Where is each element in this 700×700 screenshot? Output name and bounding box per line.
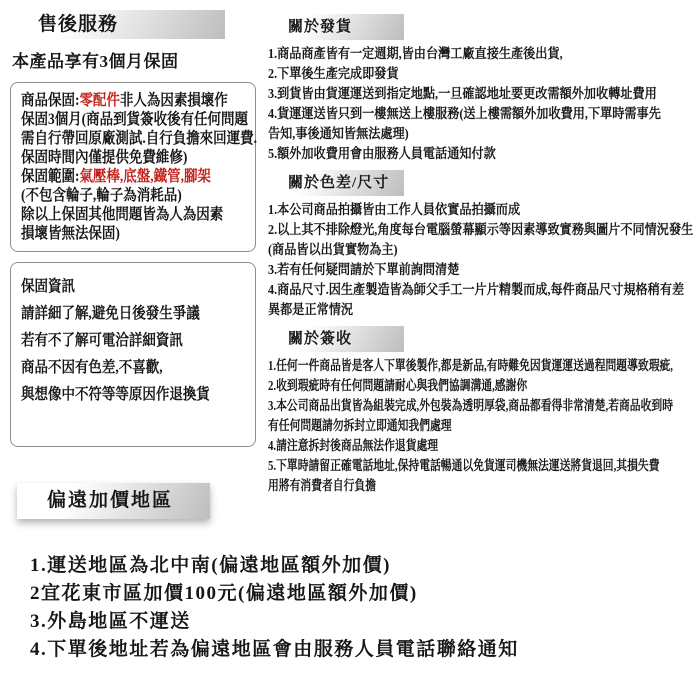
warranty-line1-red-parts: 零配件 (79, 92, 119, 109)
text-line: 請詳細了解,避免日後發生爭議 (21, 300, 216, 327)
text-line: 2宜花東市區加價100元(偏遠地區額外加價) (30, 580, 519, 608)
text-line: (不包含輪子,輪子為消耗品) (21, 186, 216, 205)
warranty-tail-lines: (不包含輪子,輪子為消耗品)除以上保固其他問題皆為人為因素損壞皆無法保固) (21, 186, 245, 243)
text-line: 有任何問題請勿拆封立即通知我們處理 (268, 416, 614, 436)
warranty-box: 商品保固:零配件非人為因素損壞作 保固3個月(商品到貨簽收後有任何問題需自行帶回… (10, 82, 256, 252)
text-line: 5.額外加收費用會由服務人員電話通知付款 (268, 144, 657, 164)
text-line: 保固資訊 (21, 273, 216, 300)
shipping-header: 關於發貨 (268, 14, 404, 40)
text-line: 除以上保固其他問題皆為人為因素 (21, 205, 216, 224)
color-size-list: 1.本公司商品拍攝皆由工作人員依實品拍攝而成2.以上其不排除燈光,角度每台電腦螢… (268, 200, 700, 320)
warranty-line1-prefix: 商品保固: (21, 92, 79, 109)
text-line: 若有不了解可電洽詳細資訊 (21, 327, 216, 354)
after-sales-header: 售後服務 (10, 10, 225, 39)
warranty-line1-suffix: 非人為因素損壞作 (120, 92, 228, 109)
text-line: (商品皆以出貨實物為主) (268, 240, 657, 260)
warranty-subtitle: 本產品享有3個月保固 (10, 47, 256, 72)
receiving-header: 關於簽收 (268, 326, 404, 352)
warranty-mid-lines: 保固3個月(商品到貨簽收後有任何問題需自行帶回原廠測試.自行負擔來回運費.保固時… (21, 110, 245, 167)
text-line: 保固時間內僅提供免費維修) (21, 148, 216, 167)
text-line: 1.商品商產皆有一定週期,皆由台灣工廠直接生產後出貨, (268, 44, 657, 64)
text-line: 與想像中不符等等原因作退換貨 (21, 381, 216, 408)
color-size-header: 關於色差/尺寸 (268, 170, 404, 196)
text-line: 商品不因有色差,不喜歡, (21, 354, 216, 381)
text-line: 2.收到瑕疵時有任何問題請耐心與我們協調溝通,感謝你 (268, 376, 614, 396)
text-line: 需自行帶回原廠測試.自行負擔來回運費. (21, 129, 216, 148)
text-line: 3.若有任何疑問請於下單前詢問清楚 (268, 260, 657, 280)
text-line: 1.本公司商品拍攝皆由工作人員依實品拍攝而成 (268, 200, 657, 220)
warranty-info-box: 保固資訊請詳細了解,避免日後發生爭議若有不了解可電洽詳細資訊商品不因有色差,不喜… (10, 262, 256, 447)
text-line: 保固3個月(商品到貨簽收後有任何問題 (21, 110, 216, 129)
text-line: 3.到貨皆由貨運運送到指定地點,一旦確認地址要更改需額外加收轉址費用 (268, 84, 657, 104)
text-line: 異都是正常情況 (268, 300, 657, 320)
text-line: 2.下單後生產完成即發貨 (268, 64, 657, 84)
text-line: 1.任何一件商品皆是客人下單後製作,都是新品,有時難免因貨運運送過程問題導致瑕疵… (268, 356, 614, 376)
notices-column: 關於發貨 1.商品商產皆有一定週期,皆由台灣工廠直接生產後出貨,2.下單後生產完… (268, 14, 700, 502)
text-line: 告知,事後通知皆無法處理) (268, 124, 657, 144)
warranty-line-1: 商品保固:零配件非人為因素損壞作 (21, 91, 216, 110)
text-line: 用將有消費者自行負擔 (268, 476, 614, 496)
text-line: 4.貨運運送皆只到一樓無送上樓服務(送上樓需額外加收費用,下單時需事先 (268, 104, 657, 124)
after-sales-section: 售後服務 本產品享有3個月保固 商品保固:零配件非人為因素損壞作 保固3個月(商… (10, 10, 256, 447)
text-line: 4.商品尺寸.因生產製造皆為師父手工一片片精製而成,每件商品尺寸規格稍有差 (268, 280, 657, 300)
remote-area-list: 1.運送地區為北中南(偏遠地區額外加價)2宜花東市區加價100元(偏遠地區額外加… (30, 552, 519, 664)
shipping-list: 1.商品商產皆有一定週期,皆由台灣工廠直接生產後出貨,2.下單後生產完成即發貨3… (268, 44, 700, 164)
warranty-scope-prefix: 保固範圍: (21, 168, 79, 185)
warranty-scope-line: 保固範圍:氣壓棒,底盤,鐵管,腳架 (21, 167, 216, 186)
text-line: 損壞皆無法保固) (21, 224, 216, 243)
receiving-list: 1.任何一件商品皆是客人下單後製作,都是新品,有時難免因貨運運送過程問題導致瑕疵… (268, 356, 700, 496)
remote-area-header: 偏遠加價地區 (17, 483, 210, 519)
text-line: 3.本公司商品出貨皆為組裝完成,外包裝為透明厚袋,商品都看得非常清楚,若商品收到… (268, 396, 614, 416)
text-line: 1.運送地區為北中南(偏遠地區額外加價) (30, 552, 519, 580)
text-line: 4.請注意拆封後商品無法作退貨處理 (268, 436, 614, 456)
text-line: 5.下單時請留正確電話地址,保持電話暢通以免貨運司機無法運送將貨退回,其損失費 (268, 456, 614, 476)
text-line: 3.外島地區不運送 (30, 608, 519, 636)
warranty-scope-red-parts: 氣壓棒,底盤,鐵管,腳架 (79, 168, 210, 185)
text-line: 2.以上其不排除燈光,角度每台電腦螢幕顯示等因素導致實務與圖片不同情況發生 (268, 220, 657, 240)
text-line: 4.下單後地址若為偏遠地區會由服務人員電話聯絡通知 (30, 636, 519, 664)
